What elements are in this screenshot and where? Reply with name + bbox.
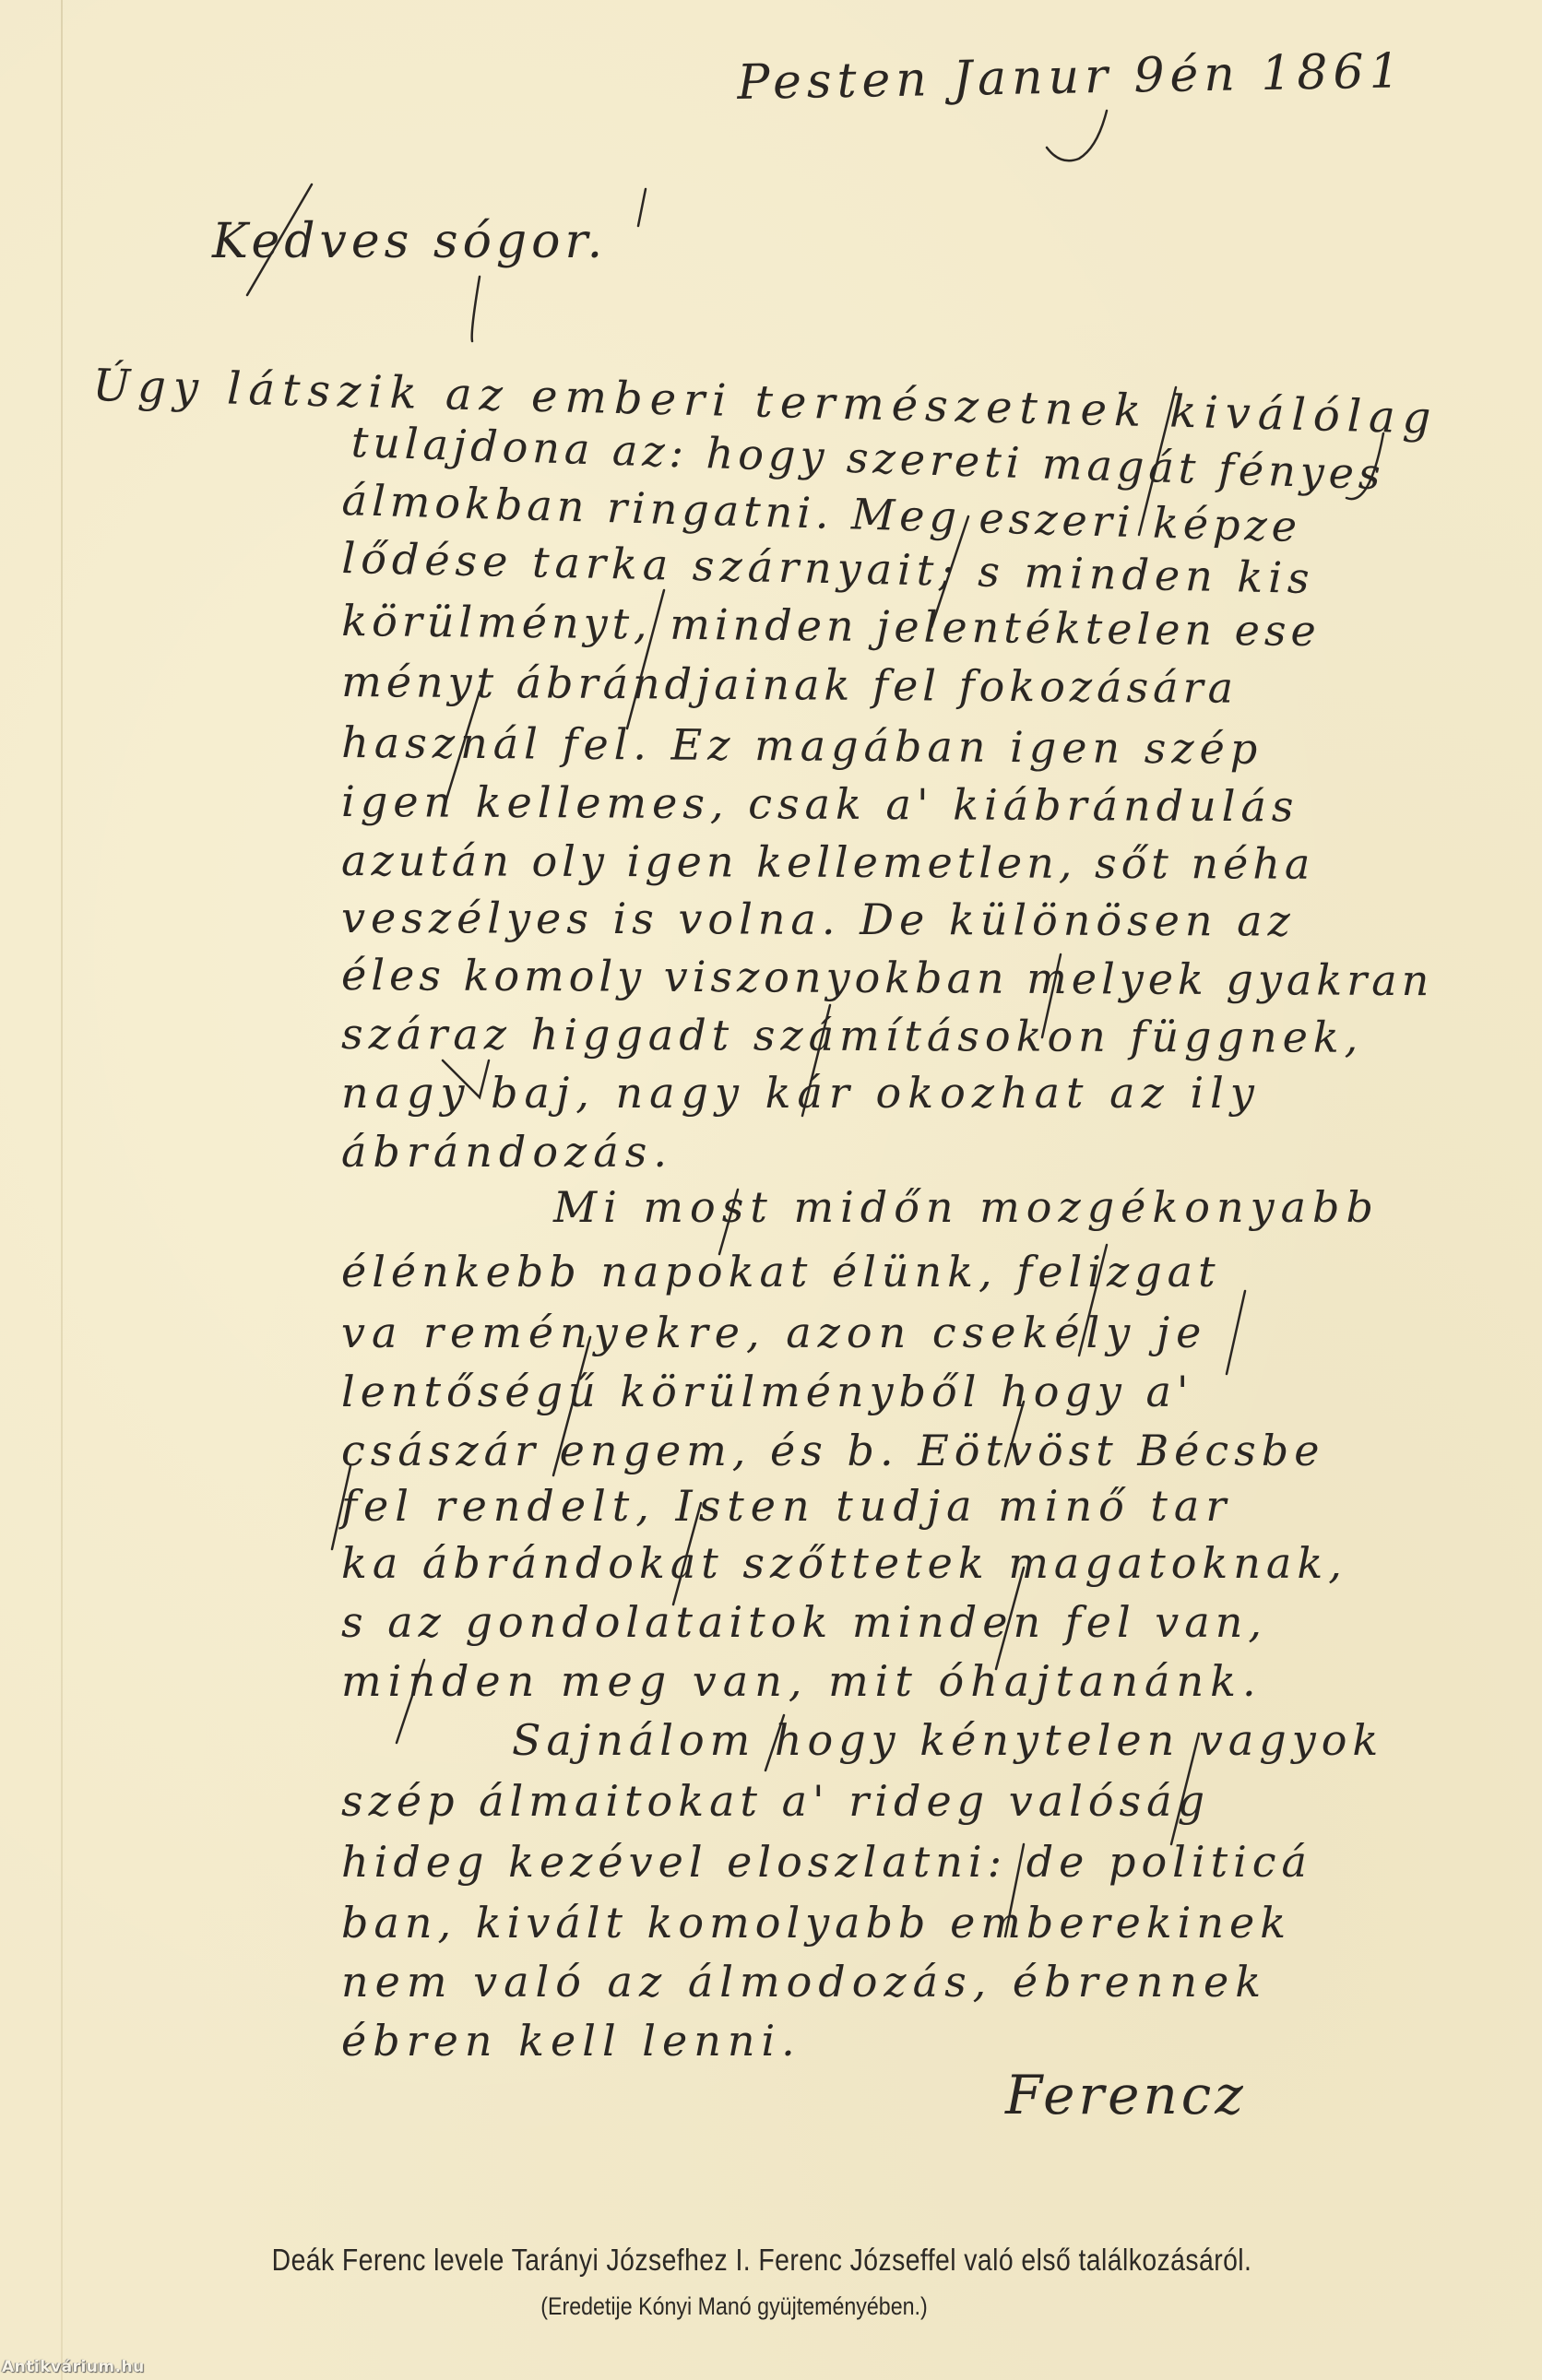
- letter-line: szép álmaitokat a' rideg valóság: [341, 1776, 1210, 1826]
- letter-line: ményt ábrándjainak fel fokozására: [341, 657, 1238, 713]
- letter-line: s az gondolataitok minden fel van,: [341, 1597, 1267, 1647]
- letter-line: minden meg van, mit óhajtanánk.: [341, 1656, 1263, 1706]
- letter-line: ébren kell lenni.: [341, 2016, 801, 2066]
- letter-line: lentőségű körülményből hogy a': [341, 1367, 1194, 1416]
- facsimile-source-note: (Eredetije Kónyi Manó gyüjteményében.): [71, 2292, 1397, 2321]
- letter-line: azután oly igen kellemetlen, sőt néha: [341, 835, 1314, 889]
- letter-line: nem való az álmodozás, ébrennek: [341, 1957, 1267, 2007]
- letter-line: nagy baj, nagy kár okozhat az ily: [341, 1068, 1261, 1118]
- letter-line: használ fel. Ez magában igen szép: [341, 717, 1263, 774]
- letter-line: veszélyes is volna. De különösen az: [341, 893, 1296, 946]
- letter-line: Mi most midőn mozgékonyabb: [553, 1182, 1380, 1232]
- site-watermark: Antikvárium.hu: [2, 2358, 145, 2376]
- letter-line: va reményekre, azon csekély je: [341, 1308, 1207, 1357]
- letter-line: hideg kezével eloszlatni: de politicá: [341, 1837, 1312, 1887]
- letter-line: Sajnálom hogy kénytelen vagyok: [512, 1715, 1383, 1765]
- letter-line: száraz higgadt számításokon függnek,: [341, 1009, 1363, 1062]
- letter-line: fel rendelt, Isten tudja minő tar: [341, 1481, 1232, 1531]
- letter-line: ban, kivált komolyabb emberekinek: [341, 1898, 1291, 1948]
- letter-line: ábrándozás.: [341, 1127, 673, 1177]
- letter-signature: Ferencz: [1005, 2064, 1247, 2126]
- letter-salutation: Kedves sógor.: [212, 214, 607, 269]
- facsimile-caption: Deák Ferenc levele Tarányi Józsefhez I. …: [99, 2243, 1425, 2278]
- letter-page: Pesten Janur 9én 1861 Kedves sógor. Úgy …: [0, 0, 1542, 2380]
- letter-line: császár engem, és b. Eötvöst Bécsbe: [341, 1426, 1324, 1475]
- letter-line: igen kellemes, csak a' kiábrándulás: [341, 776, 1299, 831]
- letter-line: élénkebb napokat élünk, felizgat: [341, 1247, 1221, 1297]
- letter-line: körülményt, minden jelentéktelen ese: [341, 596, 1321, 656]
- letter-date-line: Pesten Janur 9én 1861: [737, 43, 1406, 111]
- paper-fold-line: [61, 0, 63, 2380]
- letter-line: éles komoly viszonyokban melyek gyakran: [341, 950, 1433, 1005]
- letter-line: ka ábrándokat szőttetek magatoknak,: [341, 1538, 1347, 1588]
